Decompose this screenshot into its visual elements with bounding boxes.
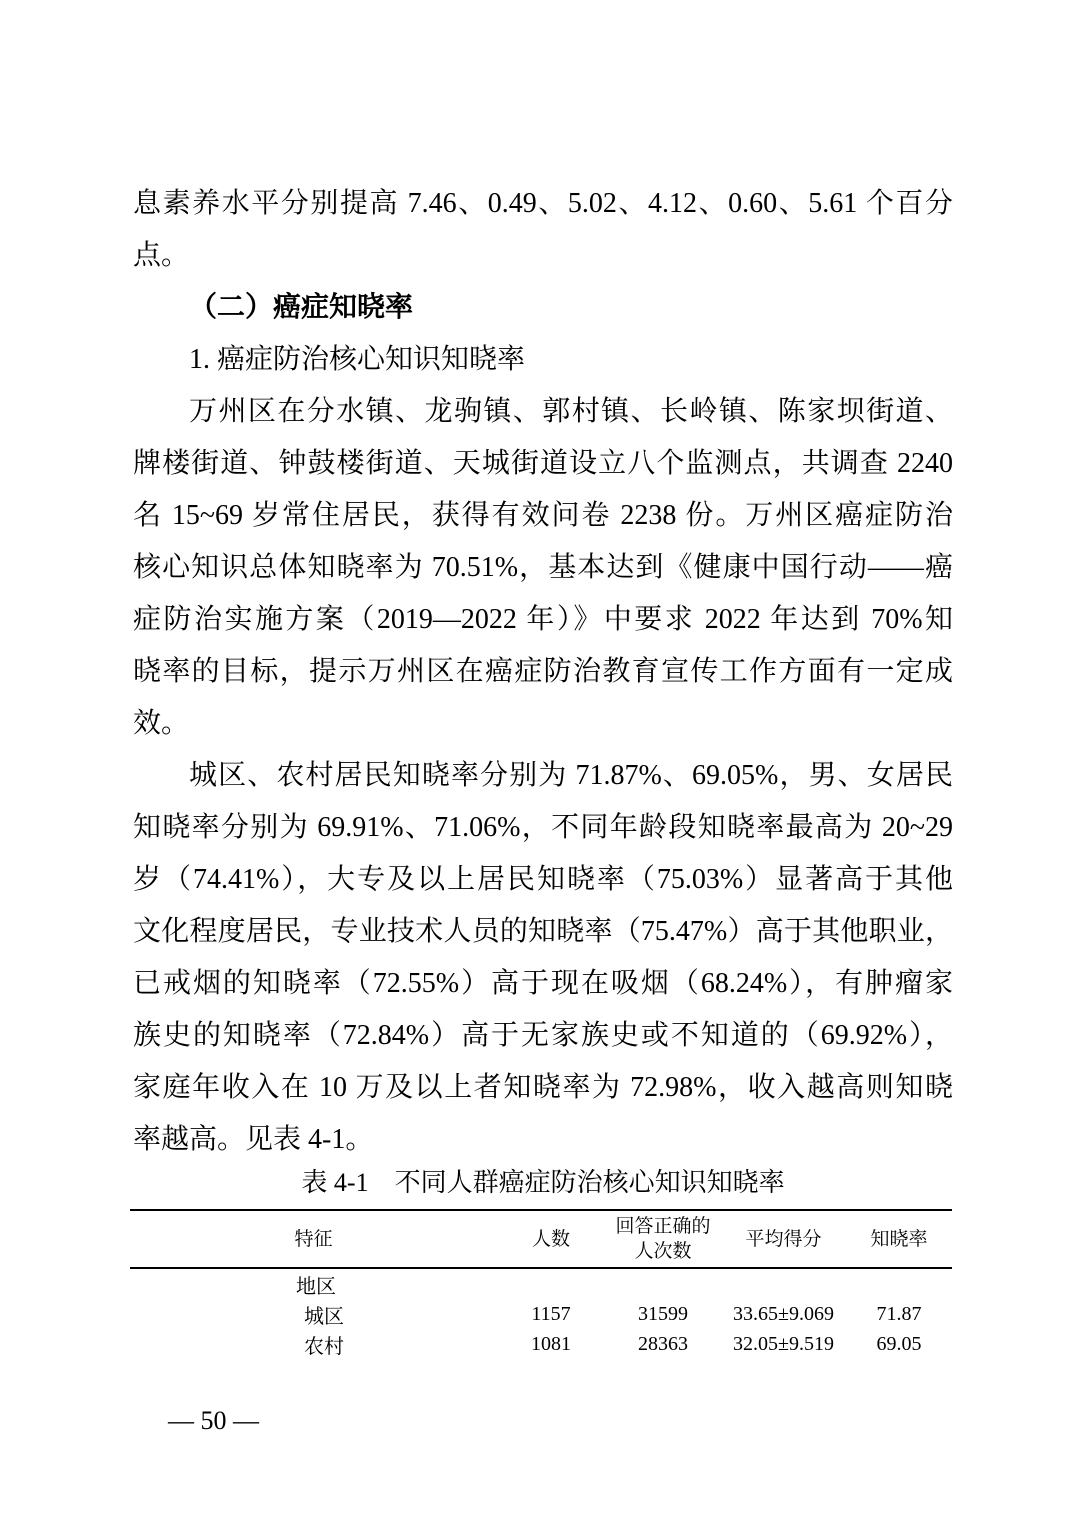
paragraph-line: 岁（74.41%），大专及以上居民知晓率（75.03%）显著高于其他 — [133, 854, 953, 906]
cell-rate — [846, 1268, 952, 1299]
section-heading: （二）癌症知晓率 — [133, 282, 953, 334]
paragraph-line: 核心知识总体知晓率为 70.51%，基本达到《健康中国行动——癌 — [133, 542, 953, 594]
table-row-rural: 农村 1081 28363 32.05±9.519 69.05 — [130, 1329, 952, 1359]
cell-count: 1157 — [497, 1299, 605, 1329]
paragraph-line: 效。 — [133, 698, 953, 750]
paragraph-line: 文化程度居民，专业技术人员的知晓率（75.47%）高于其他职业， — [133, 906, 953, 958]
table-header-row: 特征 人数 回答正确的 人次数 平均得分 知晓率 — [130, 1210, 952, 1268]
paragraph-line: 家庭年收入在 10 万及以上者知晓率为 72.98%，收入越高则知晓 — [133, 1062, 953, 1114]
cell-score: 33.65±9.069 — [721, 1299, 846, 1329]
cell-correct — [605, 1268, 721, 1299]
cell-feature: 城区 — [130, 1299, 497, 1329]
table-row-urban: 城区 1157 31599 33.65±9.069 71.87 — [130, 1299, 952, 1329]
awareness-table: 特征 人数 回答正确的 人次数 平均得分 知晓率 地区 城区 1157 3159… — [130, 1209, 952, 1359]
column-header-count: 人数 — [497, 1210, 605, 1268]
paragraph-line: 城区、农村居民知晓率分别为 71.87%、69.05%，男、女居民 — [133, 750, 953, 802]
cell-feature: 农村 — [130, 1329, 497, 1359]
paragraph-line: 万州区在分水镇、龙驹镇、郭村镇、长岭镇、陈家坝街道、 — [133, 386, 953, 438]
cell-correct: 31599 — [605, 1299, 721, 1329]
column-header-awareness-rate: 知晓率 — [846, 1210, 952, 1268]
cell-rate: 71.87 — [846, 1299, 952, 1329]
document-body: 息素养水平分别提高 7.46、0.49、5.02、4.12、0.60、5.61 … — [133, 178, 953, 1166]
column-header-average-score: 平均得分 — [721, 1210, 846, 1268]
column-header-correct-answers: 回答正确的 人次数 — [605, 1210, 721, 1268]
cell-correct: 28363 — [605, 1329, 721, 1359]
paragraph-line: 牌楼街道、钟鼓楼街道、天城街道设立八个监测点，共调查 2240 — [133, 438, 953, 490]
document-page: 息素养水平分别提高 7.46、0.49、5.02、4.12、0.60、5.61 … — [0, 0, 1074, 1520]
subsection-heading: 1. 癌症防治核心知识知晓率 — [133, 334, 953, 386]
paragraph-line: 族史的知晓率（72.84%）高于无家族史或不知道的（69.92%）， — [133, 1010, 953, 1062]
paragraph-line: 症防治实施方案（2019—2022 年）》中要求 2022 年达到 70%知 — [133, 594, 953, 646]
cell-feature: 地区 — [130, 1268, 497, 1299]
cell-score: 32.05±9.519 — [721, 1329, 846, 1359]
paragraph-line: 已戒烟的知晓率（72.55%）高于现在吸烟（68.24%），有肿瘤家 — [133, 958, 953, 1010]
paragraph-line: 名 15~69 岁常住居民，获得有效问卷 2238 份。万州区癌症防治 — [133, 490, 953, 542]
cell-count — [497, 1268, 605, 1299]
paragraph-line: 息素养水平分别提高 7.46、0.49、5.02、4.12、0.60、5.61 … — [133, 178, 953, 230]
cell-score — [721, 1268, 846, 1299]
paragraph-line: 率越高。见表 4-1。 — [133, 1114, 953, 1166]
cell-count: 1081 — [497, 1329, 605, 1359]
paragraph-line: 点。 — [133, 230, 953, 282]
table-row-region-group: 地区 — [130, 1268, 952, 1299]
page-number: — 50 — — [168, 1406, 259, 1436]
table-caption: 表 4-1 不同人群癌症防治核心知识知晓率 — [133, 1166, 953, 1200]
paragraph-line: 知晓率分别为 69.91%、71.06%，不同年龄段知晓率最高为 20~29 — [133, 802, 953, 854]
paragraph-line: 晓率的目标，提示万州区在癌症防治教育宣传工作方面有一定成 — [133, 646, 953, 698]
cell-rate: 69.05 — [846, 1329, 952, 1359]
column-header-feature: 特征 — [130, 1210, 497, 1268]
